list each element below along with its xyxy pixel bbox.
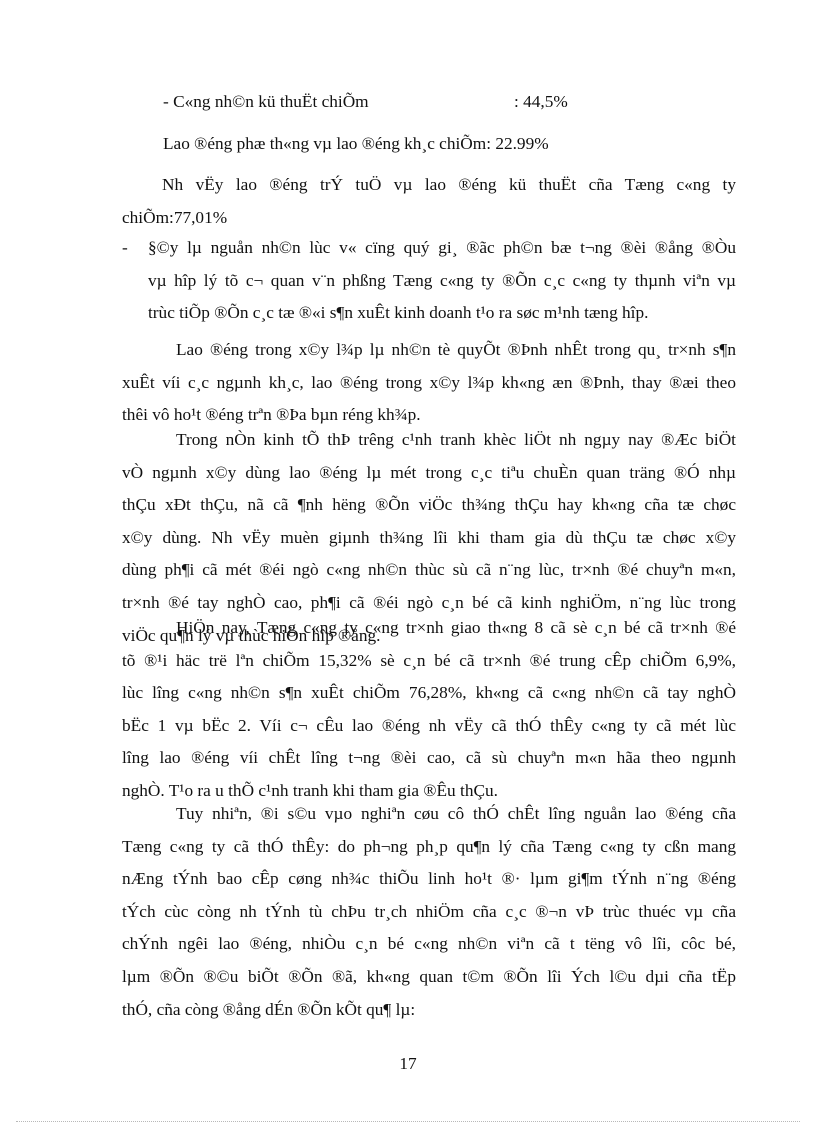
text-line: dùng ph¶i cã mét ®éi ngò c«ng nh©n thùc …: [122, 554, 736, 587]
paragraph-however: Tuy nhiªn, ®i s©u vµo nghiªn cøu cô thÓ …: [122, 798, 736, 1026]
skilled-workers-label: - C«ng nh©n kü thuËt chiÕm: [163, 92, 369, 112]
page-boundary-divider: [16, 1121, 800, 1122]
paragraph-current-status: HiÖn nay, Tæng c«ng ty c«ng tr×nh giao t…: [122, 612, 736, 808]
text-line: nÆng tÝnh bao cÊp cøng nh¾c thiÕu linh h…: [122, 863, 736, 896]
text-line: Lao ®éng trong x©y l¾p lµ nh©n tè quyÕt …: [122, 334, 736, 367]
text-line: xuÊt víi c¸c ngµnh kh¸c, lao ®éng trong …: [122, 367, 736, 400]
page-number: 17: [0, 1054, 816, 1074]
text-line: Trong nÒn kinh tÕ thÞ tr­êng c¹nh tranh …: [122, 424, 736, 457]
text-line: chiÕm:77,01%: [122, 202, 736, 235]
text-line: thÓ, cña còng ®ång dÉn ®Õn kÕt qu¶ lµ:: [122, 994, 736, 1027]
text-line: trùc tiÕp ®Õn c¸c tæ ®«i s¶n xuÊt kinh d…: [148, 297, 736, 330]
text-line: thÇu xÐt thÇu, nã cã ¶nh h­ëng ®Õn viÖc …: [122, 489, 736, 522]
text-line: vµ hîp lý tõ c¬ quan v¨n phßng Tæng c«ng…: [148, 265, 736, 298]
text-line: HiÖn nay, Tæng c«ng ty c«ng tr×nh giao t…: [122, 612, 736, 645]
bullet-dash: -: [122, 232, 128, 265]
text-line: lµm ®Õn ®©u biÕt ®Õn ®ã, kh«ng quan t©m …: [122, 961, 736, 994]
general-labor-line: Lao ®éng phæ th«ng vµ lao ®éng kh¸c chiÕ…: [163, 134, 549, 154]
text-line: Tæng c«ng ty cã thÓ thÊy: do ph¬ng ph¸p …: [122, 831, 736, 864]
paragraph-labor-construction: Lao ®éng trong x©y l¾p lµ nh©n tè quyÕt …: [122, 334, 736, 432]
text-line: vÒ ngµnh x©y dùng lao ®éng lµ mét trong …: [122, 457, 736, 490]
paragraph-bullet-text: §©y lµ nguån nh©n lùc v« cïng quý gi¸ ®ã…: [148, 232, 736, 330]
text-line: tÝch cùc còng nh tÝnh tù chÞu tr¸ch nhiÖ…: [122, 896, 736, 929]
text-line: tõ ®¹i häc trë lªn chiÕm 15,32% sè c¸n b…: [122, 645, 736, 678]
text-line: §©y lµ nguån nh©n lùc v« cïng quý gi¸ ®ã…: [148, 232, 736, 265]
paragraph-summary: Nh vËy lao ®éng trÝ tuÖ vµ lao ®éng kü t…: [122, 169, 736, 234]
text-line: x©y dùng. Nh vËy muèn giµnh th¾ng lîi kh…: [122, 522, 736, 555]
document-page: - C«ng nh©n kü thuËt chiÕm : 44,5% Lao ®…: [0, 0, 816, 1123]
skilled-workers-value: : 44,5%: [514, 92, 568, 112]
text-line: lùc l­îng c«ng nh©n s¶n xuÊt chiÕm 76,28…: [122, 677, 736, 710]
text-line: Tuy nhiªn, ®i s©u vµo nghiªn cøu cô thÓ …: [122, 798, 736, 831]
text-line: bËc 1 vµ bËc 2. Víi c¬ cÊu lao ®éng nh v…: [122, 710, 736, 743]
text-line: chÝnh ng­êi lao ®éng, nhiÒu c¸n bé c«ng …: [122, 928, 736, 961]
text-line: l­îng lao ®éng víi chÊt l­îng t¬ng ®èi c…: [122, 742, 736, 775]
text-line: Nh vËy lao ®éng trÝ tuÖ vµ lao ®éng kü t…: [122, 169, 736, 202]
